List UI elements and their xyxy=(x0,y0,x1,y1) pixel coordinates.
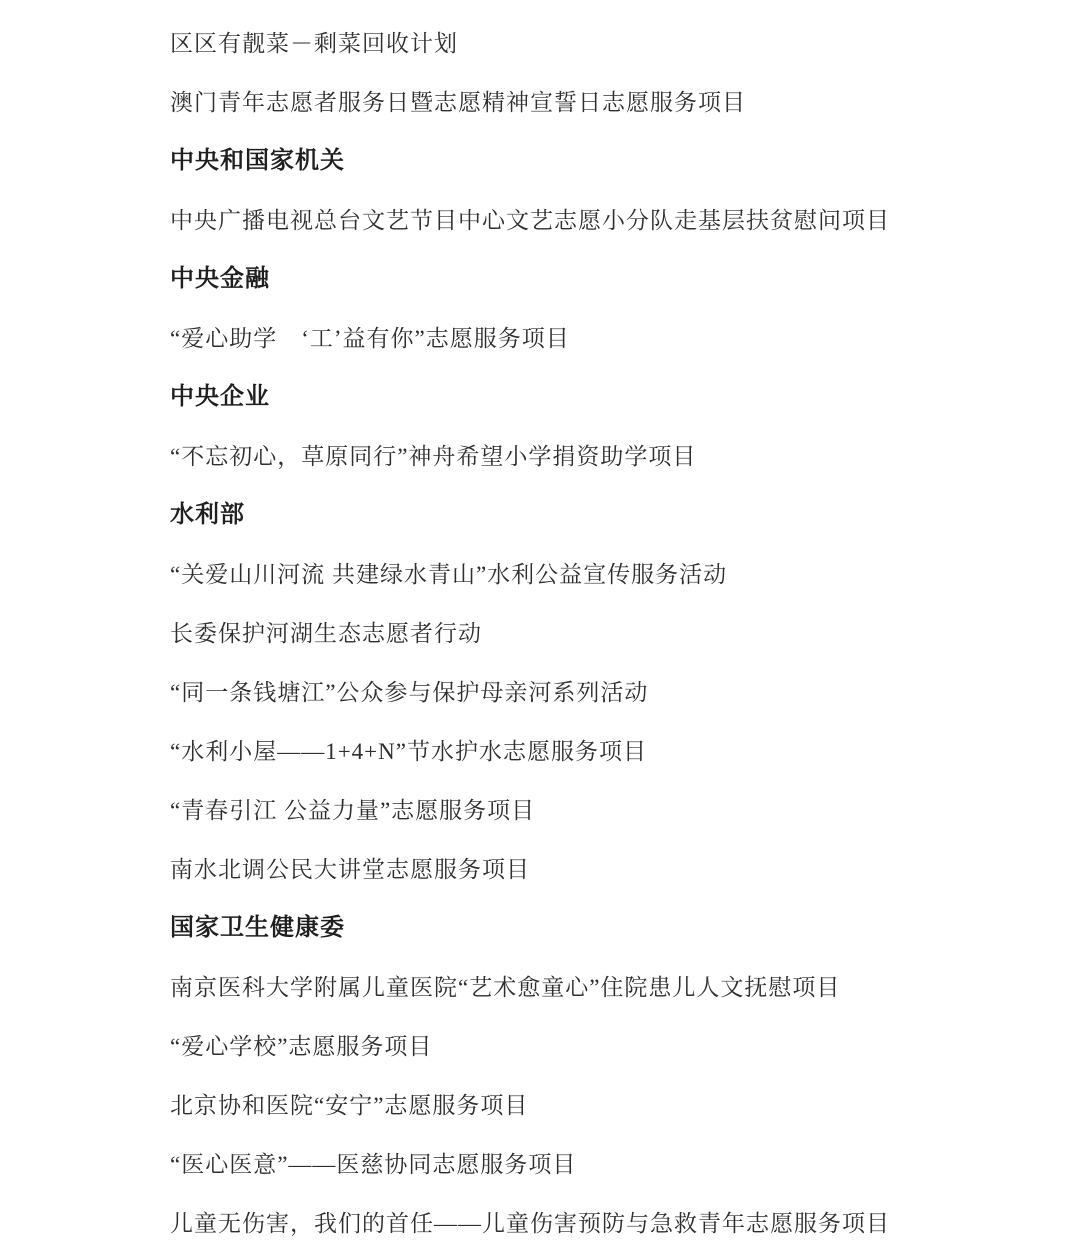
project-item: “青春引江 公益力量”志愿服务项目 xyxy=(170,781,990,840)
section-heading: 国家卫生健康委 xyxy=(170,899,990,958)
section-heading: 中央金融 xyxy=(170,250,990,309)
project-item: 儿童无伤害，我们的首任——儿童伤害预防与急救青年志愿服务项目 xyxy=(170,1194,990,1253)
document-page: 区区有靓菜－剩菜回收计划 澳门青年志愿者服务日暨志愿精神宣誓日志愿服务项目 中央… xyxy=(0,0,1080,1260)
project-item: 南京医科大学附属儿童医院“艺术愈童心”住院患儿人文抚慰项目 xyxy=(170,958,990,1017)
project-item: “爱心学校”志愿服务项目 xyxy=(170,1017,990,1076)
section-heading: 水利部 xyxy=(170,486,990,545)
project-item: “水利小屋——1+4+N”节水护水志愿服务项目 xyxy=(170,722,990,781)
section-heading: 中央企业 xyxy=(170,368,990,427)
project-item: “同一条钱塘江”公众参与保护母亲河系列活动 xyxy=(170,663,990,722)
project-item: 北京协和医院“安宁”志愿服务项目 xyxy=(170,1076,990,1135)
project-item: “关爱山川河流 共建绿水青山”水利公益宣传服务活动 xyxy=(170,545,990,604)
project-item: 南水北调公民大讲堂志愿服务项目 xyxy=(170,840,990,899)
project-item: 长委保护河湖生态志愿者行动 xyxy=(170,604,990,663)
project-item: “不忘初心，草原同行”神舟希望小学捐资助学项目 xyxy=(170,427,990,486)
project-item: “医心医意”——医慈协同志愿服务项目 xyxy=(170,1135,990,1194)
project-item: “爱心助学 ‘工’益有你”志愿服务项目 xyxy=(170,309,990,368)
project-item: 澳门青年志愿者服务日暨志愿精神宣誓日志愿服务项目 xyxy=(170,73,990,132)
section-heading: 中央和国家机关 xyxy=(170,132,990,191)
project-item: 中央广播电视总台文艺节目中心文艺志愿小分队走基层扶贫慰问项目 xyxy=(170,191,990,250)
project-item: 区区有靓菜－剩菜回收计划 xyxy=(170,14,990,73)
